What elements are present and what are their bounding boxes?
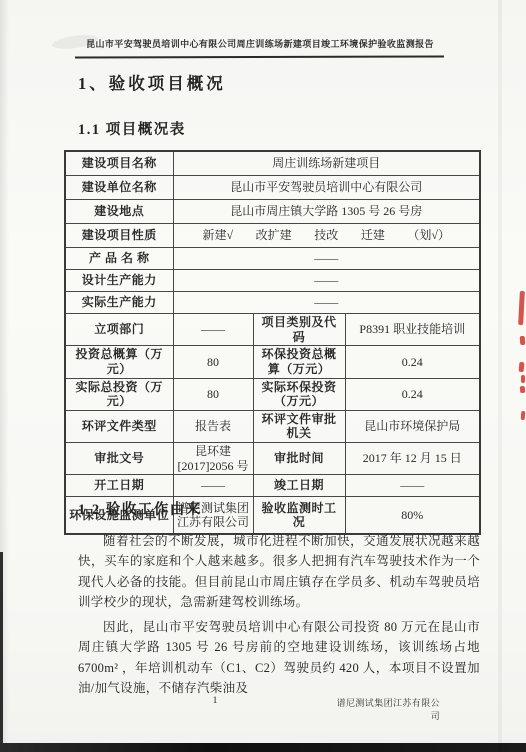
field-label: 审批时间 [253,443,345,475]
table-row: 审批文号 昆环建[2017]2056 号 审批时间 2017 年 12 月 15… [65,443,480,475]
table-row: 实际总投资（万元） 80 实际环保投资（万元） 0.24 [65,378,480,410]
table-row: 建设项目名称 周庄训练场新建项目 [65,151,480,176]
table-row: 产 品 名 称 —— [65,248,480,270]
body-paragraph: 随着社会的不断发展，城市化进程不断加快，交通发展状况越来越快，买车的家庭和个人越… [78,531,480,613]
scan-edge-left-dark [0,552,3,752]
section-1-2-heading: 1.2 验收工作由来 [78,498,202,519]
section-1-heading: 1、验收项目概况 [78,70,226,94]
field-value: 昆环建[2017]2056 号 [173,443,253,475]
field-value: 昆山市周庄镇大学路 1305 号 26 号房 [173,200,480,224]
table-row: 立项部门 —— 项目类别及代码 P8391 职业技能培训 [65,314,480,346]
project-nature-options: 新建√ 改扩建 技改 迁建 （划√） [177,228,477,243]
option-relocate: 迁建 [361,228,385,243]
field-value: 80 [173,346,253,378]
field-value: 80 [173,378,253,410]
field-label: 竣工日期 [253,475,345,497]
option-check-hint: （划√） [407,228,450,243]
field-value: 0.24 [345,378,480,410]
field-label: 项目类别及代码 [253,314,345,346]
field-label: 环保投资总概算（万元） [253,346,345,378]
field-label: 建设地点 [65,200,173,224]
field-label: 产 品 名 称 [65,248,173,270]
field-value: —— [173,248,480,270]
field-value: 2017 年 12 月 15 日 [345,443,480,475]
field-label: 审批文号 [65,443,173,475]
field-label: 建设项目性质 [65,224,173,248]
field-value: 报告表 [173,410,253,442]
option-new-checked: 新建√ [203,228,234,243]
header-divider [75,56,444,59]
field-label: 开工日期 [65,475,173,497]
table-row: 投资总概算（万元） 80 环保投资总概算（万元） 0.24 [65,346,480,378]
field-label: 投资总概算（万元） [65,346,173,378]
red-annotation-mark [518,291,525,325]
table-row: 环评文件类型 报告表 环评文件审批机关 昆山市环境保护局 [65,410,480,442]
field-value: —— [345,475,480,497]
field-label: 设计生产能力 [65,270,173,292]
field-value: 昆山市平安驾驶员培训中心有限公司 [173,176,480,200]
field-value: —— [173,314,253,346]
field-label: 建设项目名称 [65,151,173,176]
option-expand: 改扩建 [256,228,292,243]
scanned-report-page: { "colors": { "ink": "#262626", "table_b… [0,0,526,752]
field-label: 环评文件审批机关 [253,410,345,442]
field-label: 验收监测时工况 [253,497,345,535]
field-label: 实际环保投资（万元） [253,378,345,410]
running-header-title: 昆山市平安驾驶员培训中心有限公司周庄训练场新建项目竣工环境保护验收监测报告 [40,37,480,50]
project-overview-table: 建设项目名称 周庄训练场新建项目 建设单位名称 昆山市平安驾驶员培训中心有限公司… [64,150,481,535]
page-number: 1 [205,696,225,706]
footer-company-name: 谱尼测试集团江苏有限公司 [330,696,440,722]
field-value: —— [173,270,480,292]
red-annotation-mark [520,386,526,393]
red-annotation-mark [521,375,525,383]
field-label: 立项部门 [65,314,173,346]
red-annotation-mark [519,362,525,372]
table-row: 设计生产能力 —— [65,270,480,292]
section-1-1-heading: 1.1 项目概况表 [78,118,186,139]
table-row: 建设地点 昆山市周庄镇大学路 1305 号 26 号房 [65,200,480,224]
field-label: 环评文件类型 [65,410,173,442]
field-value: P8391 职业技能培训 [345,314,480,346]
table-row: 实际生产能力 —— [65,292,480,314]
body-paragraph: 因此，昆山市平安驾驶员培训中心有限公司投资 80 万元在昆山市周庄镇大学路 13… [78,617,480,699]
field-value: 周庄训练场新建项目 [173,151,480,176]
table-row: 开工日期 —— 竣工日期 —— [65,475,480,497]
field-value: 昆山市环境保护局 [345,410,480,442]
field-value: —— [173,475,253,497]
scan-crease-right [498,0,502,752]
field-label: 实际总投资（万元） [65,378,173,410]
option-tech-upgrade: 技改 [314,228,338,243]
red-annotation-mark [521,411,526,420]
red-annotation-mark [520,336,526,345]
scan-edge-bottom [0,743,526,752]
field-value: 新建√ 改扩建 技改 迁建 （划√） [173,224,480,248]
field-label: 建设单位名称 [65,176,173,200]
table-row: 建设项目性质 新建√ 改扩建 技改 迁建 （划√） [65,224,480,248]
field-value: —— [173,292,480,314]
field-value: 80% [345,497,480,535]
field-label: 实际生产能力 [65,292,173,314]
table-row: 建设单位名称 昆山市平安驾驶员培训中心有限公司 [65,176,480,200]
field-value: 0.24 [345,346,480,378]
